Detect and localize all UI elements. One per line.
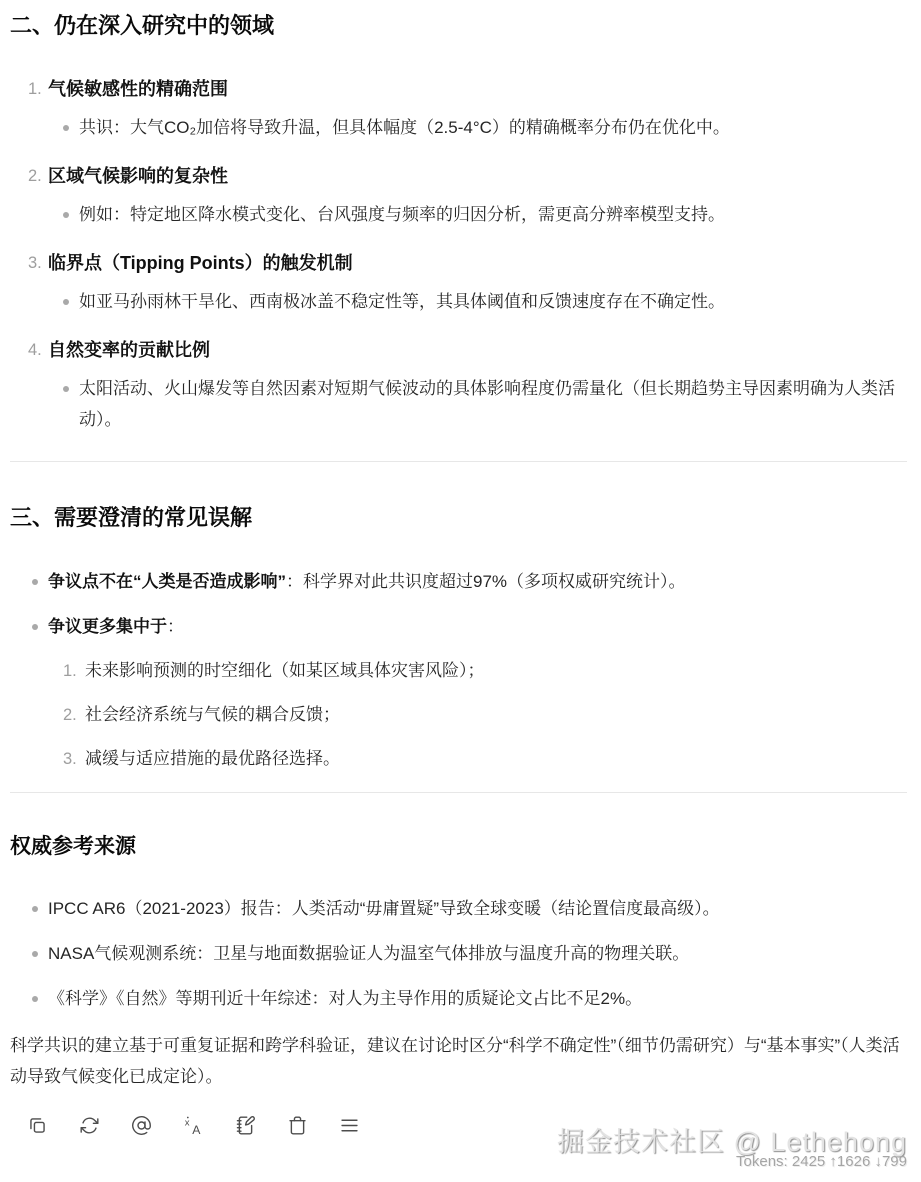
- copy-icon: [27, 1115, 48, 1136]
- bullet-text: 争议更多集中于：: [48, 611, 907, 642]
- bullet-rest: ：: [167, 617, 184, 636]
- list-item-detail: 如亚马孙雨林干旱化、西南极冰盖不稳定性等，其具体阈值和反馈速度存在不确定性。: [79, 286, 907, 317]
- svg-text:A: A: [192, 1122, 201, 1135]
- bullet-rest: ：科学界对此共识度超过97%（多项权威研究统计）。: [286, 572, 686, 591]
- list-item: 3. 减缓与适应措施的最优路径选择。: [10, 744, 907, 774]
- list-item-title: 气候敏感性的精确范围: [48, 74, 228, 104]
- misconceptions-bullet-list: 争议点不在“人类是否造成影响”：科学界对此共识度超过97%（多项权威研究统计）。…: [10, 566, 907, 642]
- regenerate-button[interactable]: [79, 1114, 100, 1136]
- list-number: 4.: [28, 335, 48, 365]
- bullet-dot: [32, 906, 38, 912]
- sub-item-text: 未来影响预测的时空细化（如某区域具体灾害风险）；: [85, 656, 485, 686]
- list-number: 1.: [63, 656, 85, 686]
- bullet-dot: [32, 996, 38, 1002]
- bullet-lead-bold: 争议更多集中于: [48, 617, 167, 636]
- delete-icon: [287, 1115, 308, 1136]
- list-item: NASA气候观测系统：卫星与地面数据验证人为温室气体排放与温度升高的物理关联。: [10, 938, 907, 969]
- list-number: 3.: [28, 248, 48, 278]
- list-item-detail: 太阳活动、火山爆发等自然因素对短期气候波动的具体影响程度仍需量化（但长期趋势主导…: [79, 373, 907, 435]
- list-item: 3. 临界点（Tipping Points）的触发机制 如亚马孙雨林干旱化、西南…: [10, 248, 907, 317]
- list-number: 2.: [63, 700, 85, 730]
- closing-paragraph: 科学共识的建立基于可重复证据和跨学科验证，建议在讨论时区分“科学不确定性”（细节…: [10, 1030, 907, 1092]
- delete-button[interactable]: [287, 1114, 308, 1136]
- list-item: 争议点不在“人类是否造成影响”：科学界对此共识度超过97%（多项权威研究统计）。: [10, 566, 907, 597]
- list-item: 《科学》《自然》等期刊近十年综述：对人为主导作用的质疑论文占比不足2%。: [10, 983, 907, 1014]
- list-item: IPCC AR6（2021-2023）报告：人类活动“毋庸置疑”导致全球变暖（结…: [10, 893, 907, 924]
- misconceptions-sub-list: 1. 未来影响预测的时空细化（如某区域具体灾害风险）； 2. 社会经济系统与气候…: [10, 656, 907, 774]
- reference-text: NASA气候观测系统：卫星与地面数据验证人为温室气体排放与温度升高的物理关联。: [48, 938, 907, 969]
- list-item: 争议更多集中于：: [10, 611, 907, 642]
- message-body: 二、仍在深入研究中的领域 1. 气候敏感性的精确范围 共识：大气CO₂加倍将导致…: [0, 0, 921, 1136]
- menu-icon: [339, 1115, 360, 1136]
- mention-icon: [131, 1115, 152, 1136]
- section-heading-research: 二、仍在深入研究中的领域: [10, 12, 907, 40]
- list-item-title: 自然变率的贡献比例: [48, 335, 210, 365]
- sub-item-text: 社会经济系统与气候的耦合反馈；: [85, 700, 340, 730]
- section-heading-misconceptions: 三、需要澄清的常见误解: [10, 504, 907, 532]
- translate-icon: xA: [183, 1115, 204, 1136]
- list-item: 2. 区域气候影响的复杂性 例如：特定地区降水模式变化、台风强度与频率的归因分析…: [10, 161, 907, 230]
- mention-button[interactable]: [131, 1114, 152, 1136]
- svg-text:x: x: [185, 1117, 190, 1128]
- list-item: 1. 气候敏感性的精确范围 共识：大气CO₂加倍将导致升温，但具体幅度（2.5-…: [10, 74, 907, 143]
- bullet-dot: [32, 579, 38, 585]
- translate-button[interactable]: xA: [183, 1114, 204, 1136]
- list-number: 1.: [28, 74, 48, 104]
- bullet-lead-bold: 争议点不在“人类是否造成影响”: [48, 572, 286, 591]
- list-item: 1. 未来影响预测的时空细化（如某区域具体灾害风险）；: [10, 656, 907, 686]
- references-bullet-list: IPCC AR6（2021-2023）报告：人类活动“毋庸置疑”导致全球变暖（结…: [10, 893, 907, 1014]
- section-divider: [10, 792, 907, 793]
- list-item: 4. 自然变率的贡献比例 太阳活动、火山爆发等自然因素对短期气候波动的具体影响程…: [10, 335, 907, 435]
- list-item-detail: 共识：大气CO₂加倍将导致升温，但具体幅度（2.5-4°C）的精确概率分布仍在优…: [79, 112, 907, 143]
- section-heading-references: 权威参考来源: [10, 833, 907, 861]
- edit-note-icon: [235, 1115, 256, 1136]
- section-divider: [10, 461, 907, 462]
- watermark: 掘金技术社区 @ Lethehong Tokens: 2425 ↑1626 ↓7…: [557, 1127, 907, 1170]
- list-number: 2.: [28, 161, 48, 191]
- bullet-text: 争议点不在“人类是否造成影响”：科学界对此共识度超过97%（多项权威研究统计）。: [48, 566, 907, 597]
- regenerate-icon: [79, 1115, 100, 1136]
- bullet-dot: [63, 386, 69, 392]
- bullet-dot: [32, 951, 38, 957]
- list-item-detail: 例如：特定地区降水模式变化、台风强度与频率的归因分析，需更高分辨率模型支持。: [79, 199, 907, 230]
- edit-note-button[interactable]: [235, 1114, 256, 1136]
- bullet-dot: [63, 212, 69, 218]
- list-number: 3.: [63, 744, 85, 774]
- reference-text: IPCC AR6（2021-2023）报告：人类活动“毋庸置疑”导致全球变暖（结…: [48, 893, 907, 924]
- list-item-title: 临界点（Tipping Points）的触发机制: [48, 248, 353, 278]
- copy-button[interactable]: [27, 1114, 48, 1136]
- sub-item-text: 减缓与适应措施的最优路径选择。: [85, 744, 340, 774]
- bullet-dot: [63, 299, 69, 305]
- menu-button[interactable]: [339, 1114, 360, 1136]
- bullet-dot: [32, 624, 38, 630]
- bullet-dot: [63, 125, 69, 131]
- list-item-title: 区域气候影响的复杂性: [48, 161, 228, 191]
- reference-text: 《科学》《自然》等期刊近十年综述：对人为主导作用的质疑论文占比不足2%。: [48, 983, 907, 1014]
- research-numbered-list: 1. 气候敏感性的精确范围 共识：大气CO₂加倍将导致升温，但具体幅度（2.5-…: [10, 74, 907, 435]
- list-item: 2. 社会经济系统与气候的耦合反馈；: [10, 700, 907, 730]
